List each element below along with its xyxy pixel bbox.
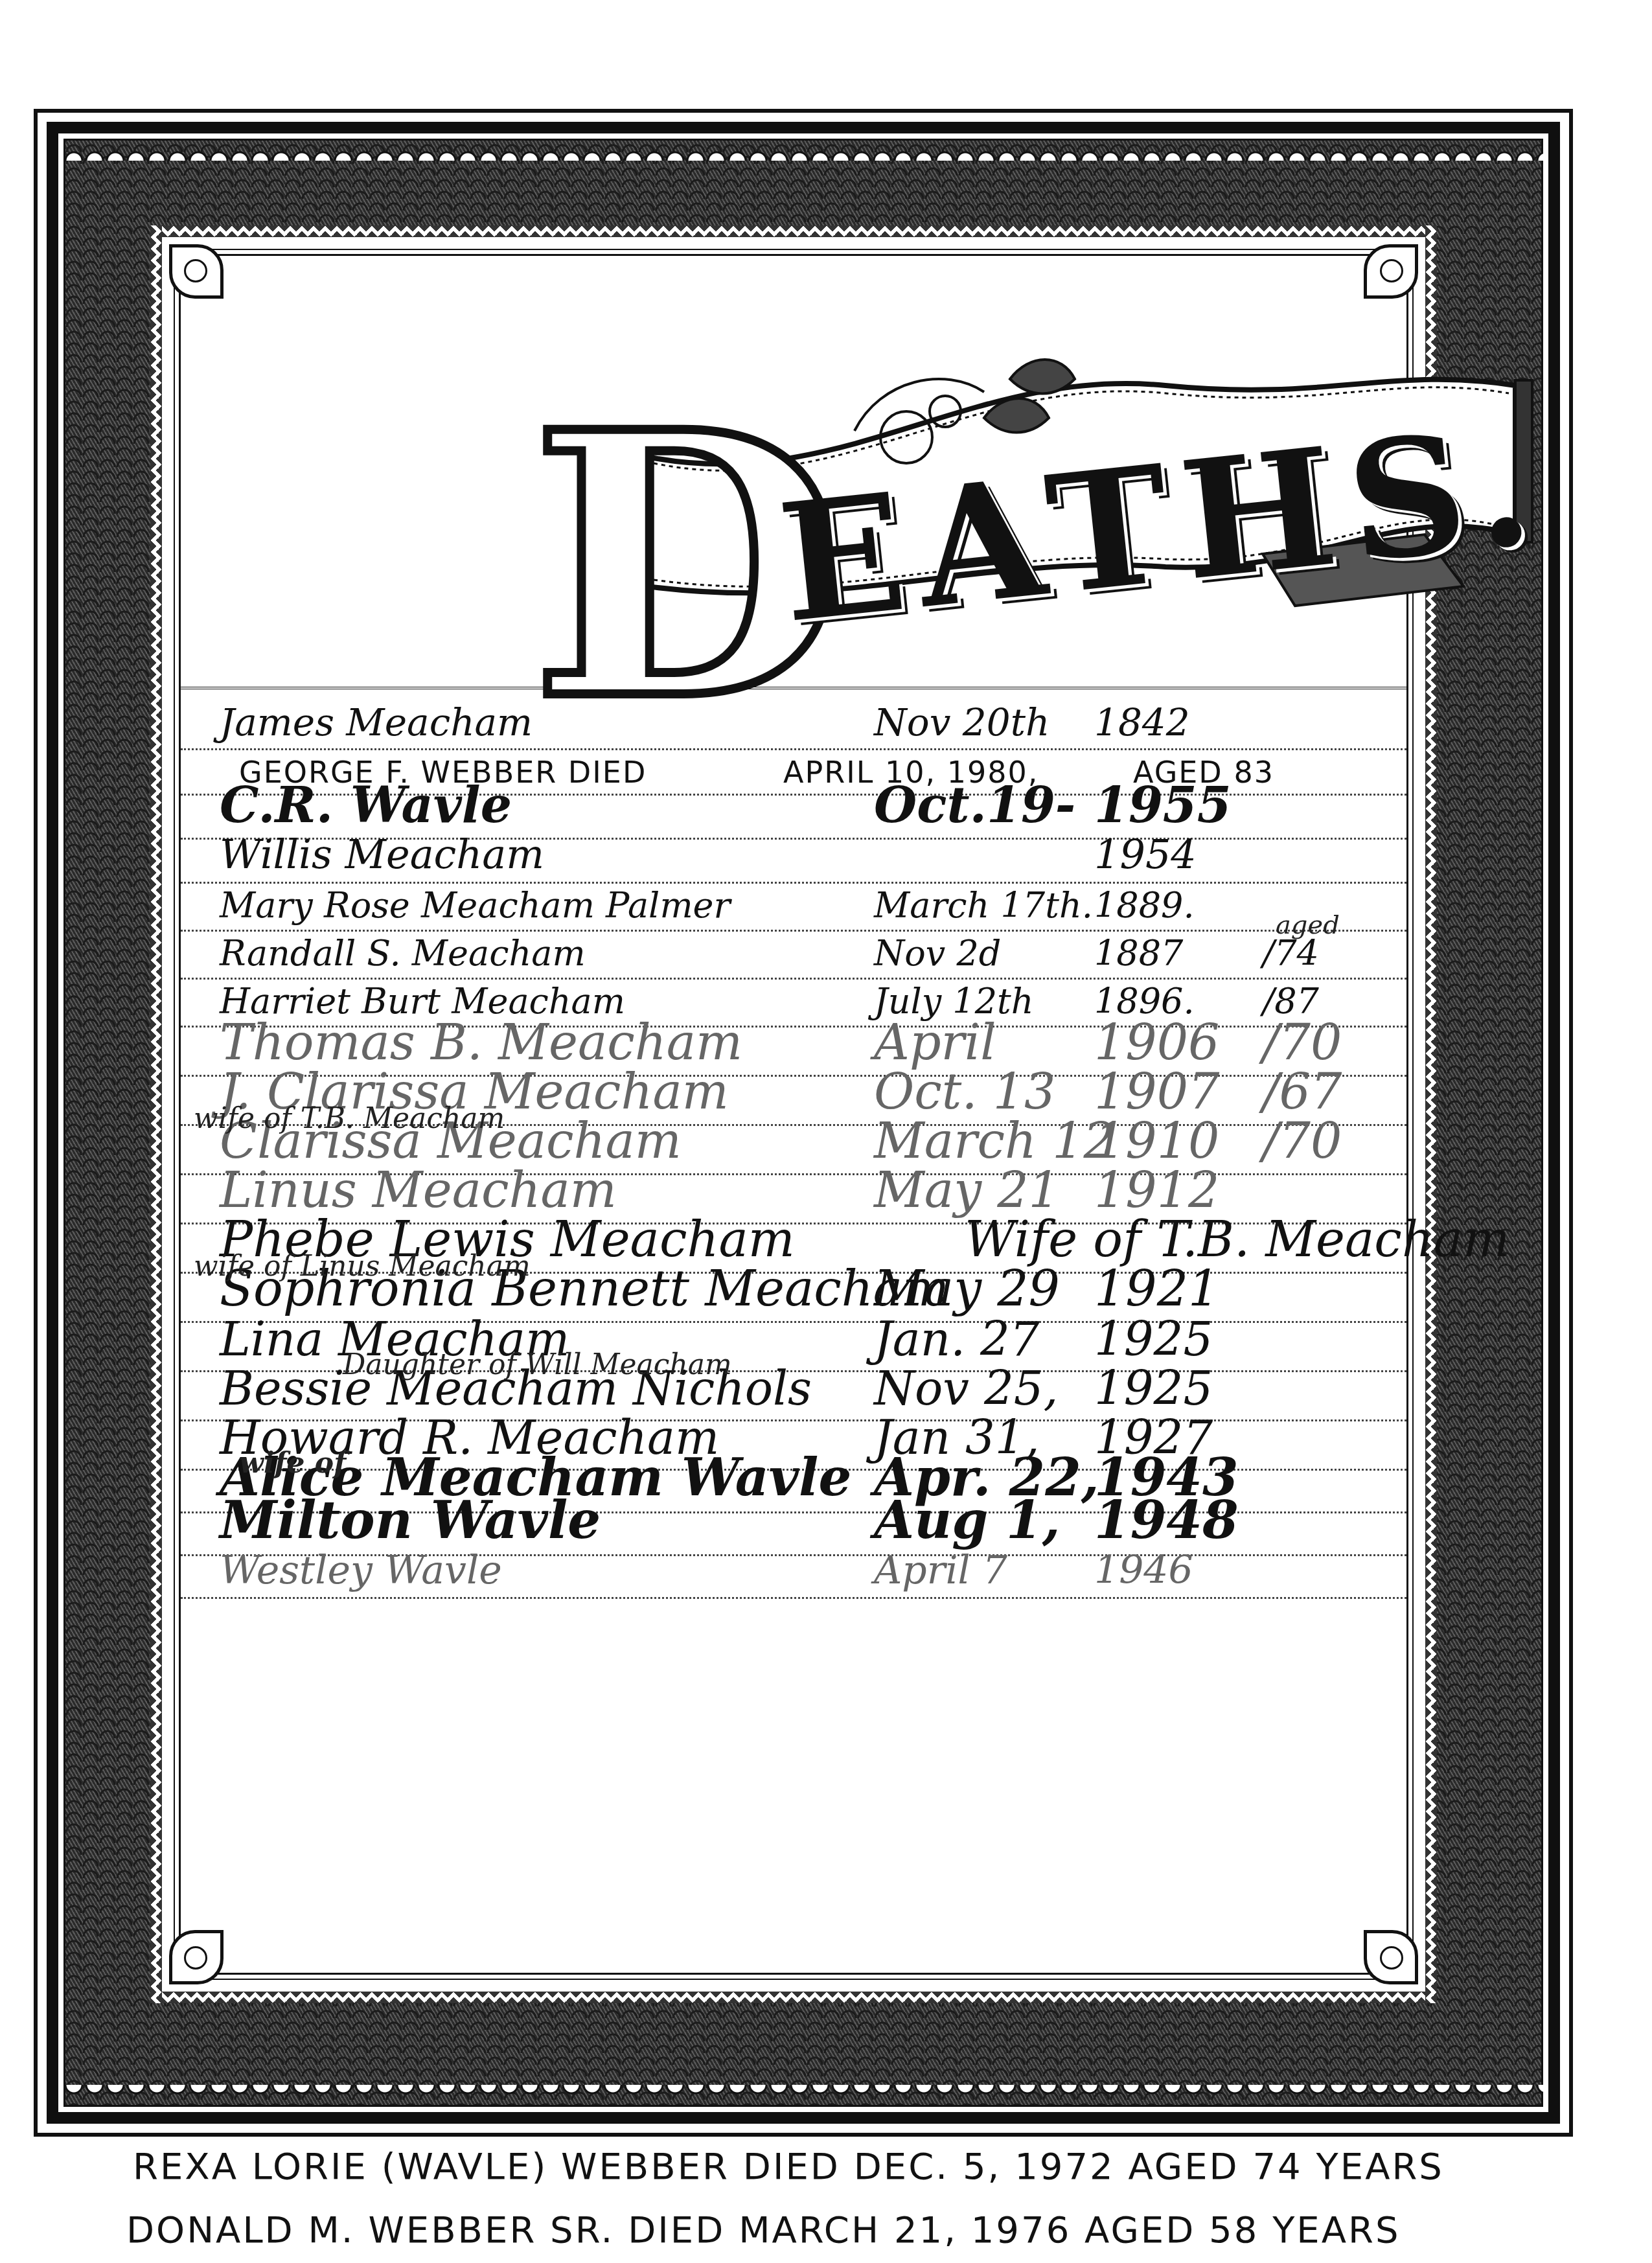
death-year: 1887 [1094,933,1183,974]
lace-scallop-top [63,139,1543,161]
death-entry-row: Milton WavleAug 1,1948 [200,1511,1387,1550]
deceased-name: Willis Meacham [220,831,544,878]
death-date: May 29 [874,1259,1060,1317]
death-year: 1946 [1094,1548,1193,1593]
ruled-line [181,1597,1406,1599]
death-entry-row: Sophronia Bennett MeachamMay 291921wife … [200,1272,1387,1317]
death-date: Aug 1, [874,1489,1061,1550]
footer-note: REXA LORIE (WAVLE) WEBBER DIED DEC. 5, 1… [133,2146,1444,2188]
deceased-name: Mary Rose Meacham Palmer [220,885,730,926]
deceased-name: Milton Wavle [220,1489,601,1550]
death-entry-row: Randall S. MeachamNov 2d1887/74aged [200,930,1387,974]
death-year: 1925 [1094,1361,1213,1416]
death-entry-row: James MeachamNov 20th1842 [200,703,1387,744]
deaths-header: D EATHS. [181,256,1406,689]
lace-scallop-bottom [63,2085,1543,2107]
death-entry-row: Bessie Meacham NicholsNov 25,1925Daughte… [200,1370,1387,1416]
death-entries-list: James MeachamNov 20th1842GEORGE F. WEBBE… [181,696,1406,1973]
zigzag-border-top [150,225,1437,237]
title-banner: D EATHS. [453,340,1567,586]
inner-panel-frame: D EATHS. James MeachamNov 20th1842GEORGE… [150,225,1437,2003]
deceased-name: C.R. Wavle [220,776,512,834]
death-date: Nov 20th [874,700,1050,744]
death-year: 1954 [1094,831,1197,878]
death-date: Nov 2d [874,933,1001,974]
death-date: Jan. 27 [874,1312,1040,1366]
deceased-name: Randall S. Meacham [220,933,586,974]
death-year: 1925 [1094,1312,1213,1366]
zigzag-border-bottom [150,1992,1437,2003]
record-panel: D EATHS. James MeachamNov 20th1842GEORGE… [179,254,1408,1975]
entry-annotation: wife of T.B. Meacham [194,1102,505,1135]
footer-note: DONALD M. WEBBER SR. DIED MARCH 21, 1976… [126,2209,1401,2251]
deceased-name: Westley Wavle [220,1548,502,1593]
death-year: 1948 [1094,1489,1239,1550]
age-label: aged [1276,910,1340,940]
death-entry-row: Mary Rose Meacham PalmerMarch 17th.1889. [200,882,1387,926]
death-date: Nov 25, [874,1361,1058,1416]
death-date: Oct.19- [874,776,1075,834]
death-entry-row: Willis Meacham1954 [200,838,1387,878]
death-year: 1955 [1094,776,1232,834]
death-entry-row: Westley WavleApril 71946 [200,1554,1387,1593]
deceased-name: James Meacham [220,700,533,744]
entry-annotation: wife of Linus Meacham [194,1250,531,1283]
entry-annotation: Daughter of Will Meacham [343,1348,732,1381]
death-year: 1889. [1094,885,1195,926]
death-year: 1921 [1094,1259,1219,1317]
zigzag-border-left [150,225,162,2003]
death-entry-row: C.R. WavleOct.19-1955 [200,794,1387,834]
death-year: 1842 [1094,700,1190,744]
entry-annotation: wife of [239,1447,346,1480]
age-at-death: /70 [1263,1112,1342,1169]
death-date: April 7 [874,1548,1007,1593]
death-date: March 17th. [874,885,1093,926]
